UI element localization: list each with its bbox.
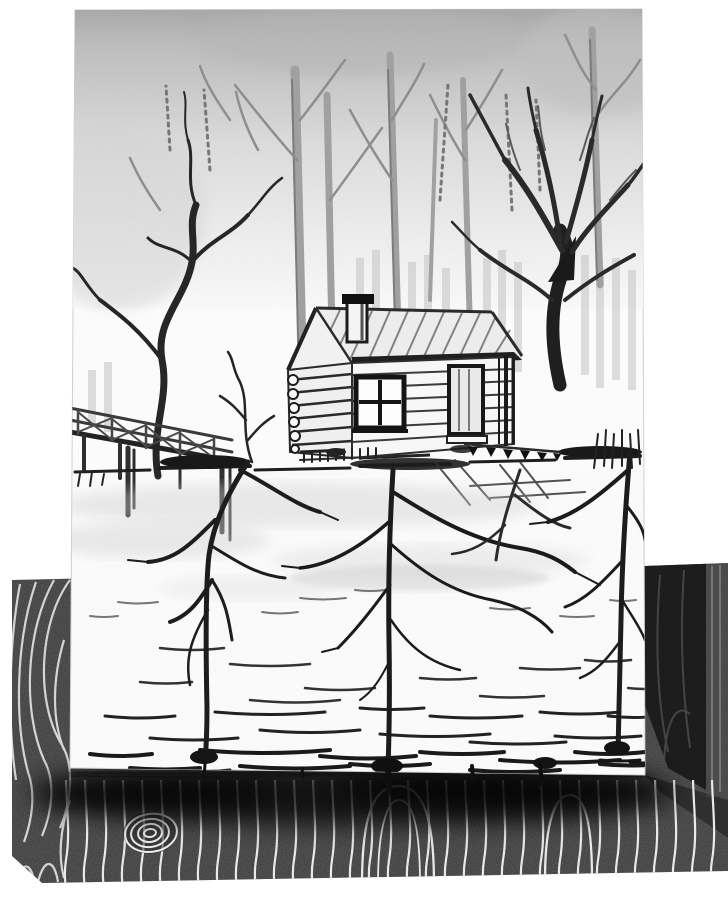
log-cabin <box>288 294 522 458</box>
cabin-window <box>352 377 408 431</box>
cabin-left-wall <box>288 363 352 458</box>
artwork-canvas <box>0 0 728 900</box>
watercolor-collage <box>0 0 728 900</box>
water-washes <box>50 470 645 770</box>
painting-paper <box>35 5 680 778</box>
